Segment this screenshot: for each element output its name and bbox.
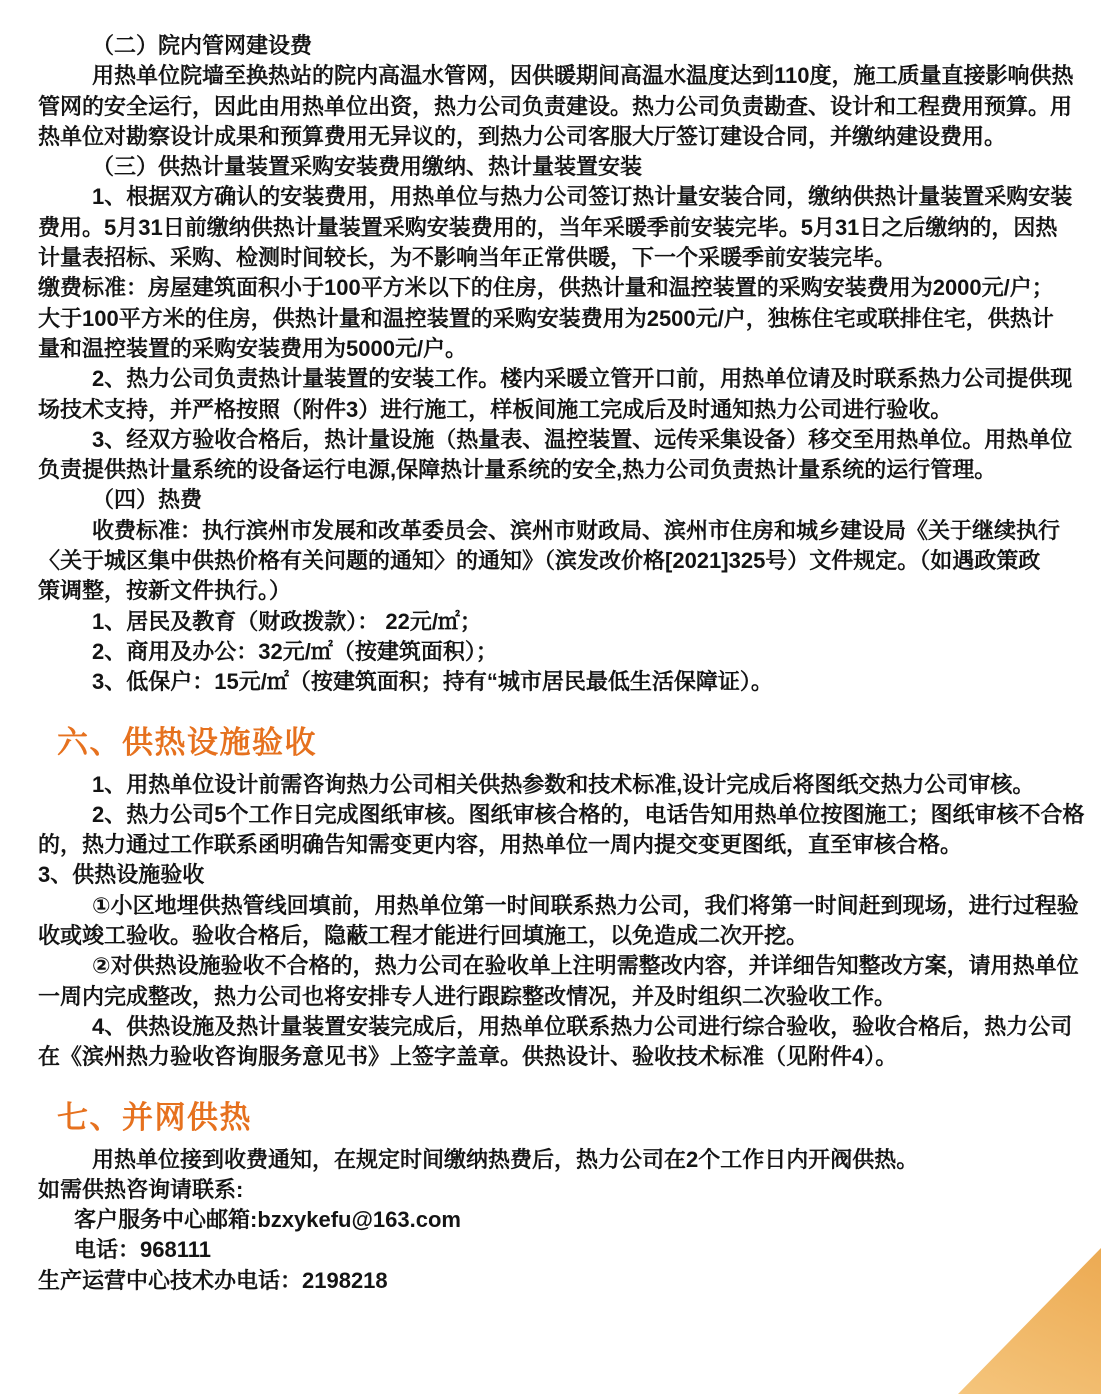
text-line: 管网的安全运行，因此由用热单位出资，热力公司负责建设。热力公司负责勘查、设计和工…	[38, 92, 1068, 122]
text-line: 的，热力通过工作联系函明确告知需变更内容，用热单位一周内提交变更图纸，直至审核合…	[38, 830, 1068, 860]
section-heading: 六、供热设施验收	[0, 723, 1101, 763]
text-line: 客户服务中心邮箱:bzxykefu@163.com	[38, 1205, 1101, 1235]
text-line: 3、经双方验收合格后，热计量设施（热量表、温控装置、远传采集设备）移交至用热单位…	[38, 425, 1101, 455]
text-line: 2、热力公司5个工作日完成图纸审核。图纸审核合格的，电话告知用热单位按图施工；图…	[38, 800, 1101, 830]
text-line: 3、低保户：15元/㎡（按建筑面积；持有“城市居民最低生活保障证）。	[38, 667, 1101, 697]
text-line: 收费标准：执行滨州市发展和改革委员会、滨州市财政局、滨州市住房和城乡建设局《关于…	[38, 516, 1101, 546]
text-line: 1、用热单位设计前需咨询热力公司相关供热参数和技术标准,设计完成后将图纸交热力公…	[38, 770, 1101, 800]
text-line: ②对供热设施验收不合格的，热力公司在验收单上注明需整改内容，并详细告知整改方案，…	[38, 951, 1101, 981]
text-line: 生产运营中心技术办电话：2198218	[38, 1266, 1068, 1296]
text-line: 如需供热咨询请联系:	[38, 1175, 1068, 1205]
text-line: 收或竣工验收。验收合格后，隐蔽工程才能进行回填施工，以免造成二次开挖。	[38, 921, 1068, 951]
text-line: 〈关于城区集中供热价格有关问题的通知〉的通知》（滨发改价格[2021]325号）…	[38, 546, 1068, 576]
section-heading: 七、并网供热	[0, 1098, 1101, 1138]
text-line: 负责提供热计量系统的设备运行电源,保障热计量系统的安全,热力公司负责热计量系统的…	[38, 455, 1068, 485]
text-line: 策调整，按新文件执行。）	[38, 576, 1068, 606]
text-line: ①小区地埋供热管线回填前，用热单位第一时间联系热力公司，我们将第一时间赶到现场，…	[38, 891, 1101, 921]
text-line: 1、根据双方确认的安装费用，用热单位与热力公司签订热计量安装合同，缴纳供热计量装…	[38, 182, 1101, 212]
text-line: 在《滨州热力验收咨询服务意见书》上签字盖章。供热设计、验收技术标准（见附件4）。	[38, 1042, 1068, 1072]
text-line: 用热单位院墙至换热站的院内高温水管网，因供暖期间高温水温度达到110度，施工质量…	[38, 61, 1101, 91]
text-line: 4、供热设施及热计量装置安装完成后，用热单位联系热力公司进行综合验收，验收合格后…	[38, 1012, 1101, 1042]
text-line: 热单位对勘察设计成果和预算费用无异议的，到热力公司客服大厅签订建设合同，并缴纳建…	[38, 122, 1068, 152]
document-content: （二）院内管网建设费用热单位院墙至换热站的院内高温水管网，因供暖期间高温水温度达…	[0, 0, 1101, 1296]
text-line: 量和温控装置的采购安装费用为5000元/户。	[38, 334, 1068, 364]
text-line: 大于100平方米的住房，供热计量和温控装置的采购安装费用为2500元/户，独栋住…	[38, 304, 1068, 334]
text-line: 计量表招标、采购、检测时间较长，为不影响当年正常供暖，下一个采暖季前安装完毕。	[38, 243, 1068, 273]
text-line: 一周内完成整改，热力公司也将安排专人进行跟踪整改情况，并及时组织二次验收工作。	[38, 982, 1068, 1012]
text-line: （二）院内管网建设费	[38, 31, 1101, 61]
text-line: 2、热力公司负责热计量装置的安装工作。楼内采暖立管开口前，用热单位请及时联系热力…	[38, 364, 1101, 394]
text-line: （三）供热计量装置采购安装费用缴纳、热计量装置安装	[38, 152, 1101, 182]
text-line: 1、居民及教育（财政拨款）： 22元/㎡；	[38, 607, 1101, 637]
text-line: 电话：968111	[38, 1235, 1101, 1265]
text-line: 场技术支持，并严格按照（附件3）进行施工，样板间施工完成后及时通知热力公司进行验…	[38, 395, 1068, 425]
text-line: 缴费标准：房屋建筑面积小于100平方米以下的住房，供热计量和温控装置的采购安装费…	[38, 273, 1068, 303]
text-line: 2、商用及办公：32元/㎡（按建筑面积）；	[38, 637, 1101, 667]
text-line: 用热单位接到收费通知，在规定时间缴纳热费后，热力公司在2个工作日内开阀供热。	[38, 1145, 1101, 1175]
text-line: 费用。5月31日前缴纳供热计量装置采购安装费用的，当年采暖季前安装完毕。5月31…	[38, 213, 1068, 243]
text-line: 3、供热设施验收	[38, 860, 1068, 890]
text-line: （四）热费	[38, 485, 1101, 515]
